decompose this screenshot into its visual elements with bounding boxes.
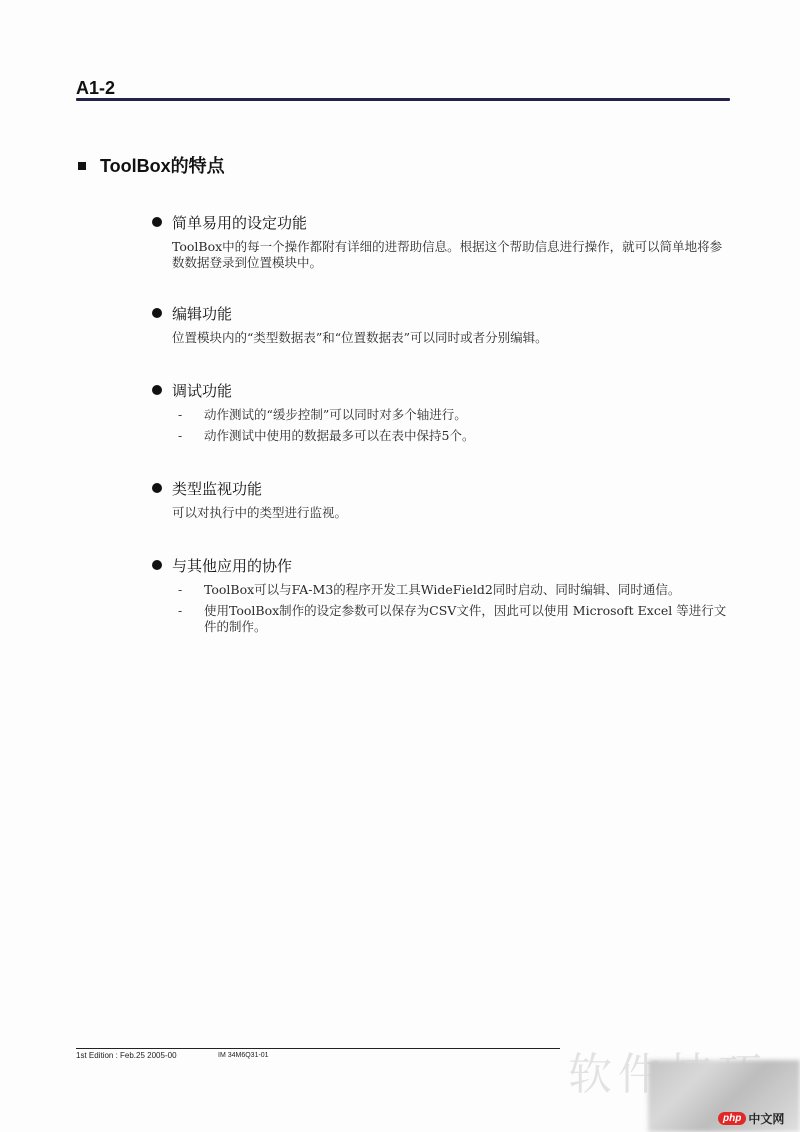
bullet-dot-icon	[152, 483, 162, 493]
feature-type-monitor: 类型监视功能 可以对执行中的类型进行监视。	[152, 477, 732, 521]
feature-description: 可以对执行中的类型进行监视。	[172, 505, 727, 521]
feature-sub-list: - ToolBox可以与FA-M3的程序开发工具WideField2同时启动、同…	[152, 582, 732, 635]
page-footer: 1st Edition : Feb.25 2005-00 IM 34M6Q31-…	[76, 1048, 560, 1060]
bullet-dot-icon	[152, 217, 162, 227]
php-logo-text: 中文网	[748, 1110, 784, 1127]
feature-heading: 调试功能	[152, 379, 732, 401]
feature-heading: 与其他应用的协作	[152, 554, 732, 576]
dash-bullet: -	[152, 603, 204, 635]
feature-title: 类型监视功能	[172, 478, 262, 499]
feature-description: 位置模块内的“类型数据表”和“位置数据表”可以同时或者分别编辑。	[172, 330, 727, 346]
feature-debugging: 调试功能 - 动作测试的“缓步控制”可以同时对多个轴进行。 - 动作测试中使用的…	[152, 379, 732, 449]
feature-editing: 编辑功能 位置模块内的“类型数据表”和“位置数据表”可以同时或者分别编辑。	[152, 302, 732, 346]
feature-title: 与其他应用的协作	[172, 555, 292, 576]
bullet-dot-icon	[152, 560, 162, 570]
list-item-text: 使用ToolBox制作的设定参数可以保存为CSV文件，因此可以使用 Micros…	[204, 603, 732, 635]
edition-label: 1st Edition : Feb.25 2005-00	[76, 1051, 218, 1060]
feature-title: 调试功能	[172, 380, 232, 401]
feature-heading: 简单易用的设定功能	[152, 211, 732, 233]
feature-title: 简单易用的设定功能	[172, 212, 307, 233]
list-item: - 动作测试中使用的数据最多可以在表中保持5个。	[152, 428, 732, 444]
header-rule	[76, 98, 730, 101]
dash-bullet: -	[152, 428, 204, 444]
list-item-text: 动作测试的“缓步控制”可以同时对多个轴进行。	[204, 407, 732, 423]
dash-bullet: -	[152, 582, 204, 598]
feature-app-cooperation: 与其他应用的协作 - ToolBox可以与FA-M3的程序开发工具WideFie…	[152, 554, 732, 640]
footer-rule	[76, 1048, 560, 1049]
php-logo-badge: php	[718, 1112, 746, 1125]
page-header: A1-2	[76, 78, 730, 98]
section-heading: ToolBox的特点	[78, 152, 225, 178]
list-item: - ToolBox可以与FA-M3的程序开发工具WideField2同时启动、同…	[152, 582, 732, 598]
feature-title: 编辑功能	[172, 303, 232, 324]
footer-info: 1st Edition : Feb.25 2005-00 IM 34M6Q31-…	[76, 1051, 560, 1060]
page-number: A1-2	[76, 78, 730, 98]
bullet-dot-icon	[152, 385, 162, 395]
list-item: - 动作测试的“缓步控制”可以同时对多个轴进行。	[152, 407, 732, 423]
feature-description: ToolBox中的每一个操作都附有详细的进帮助信息。根据这个帮助信息进行操作，就…	[172, 239, 727, 271]
dash-bullet: -	[152, 407, 204, 423]
php-cn-logo: php 中文网	[718, 1110, 784, 1127]
document-id: IM 34M6Q31-01	[218, 1051, 269, 1060]
list-item: - 使用ToolBox制作的设定参数可以保存为CSV文件，因此可以使用 Micr…	[152, 603, 732, 635]
bullet-dot-icon	[152, 308, 162, 318]
feature-heading: 类型监视功能	[152, 477, 732, 499]
list-item-text: 动作测试中使用的数据最多可以在表中保持5个。	[204, 428, 732, 444]
feature-easy-setup: 简单易用的设定功能 ToolBox中的每一个操作都附有详细的进帮助信息。根据这个…	[152, 211, 732, 271]
square-bullet-icon	[78, 162, 86, 170]
feature-heading: 编辑功能	[152, 302, 732, 324]
feature-sub-list: - 动作测试的“缓步控制”可以同时对多个轴进行。 - 动作测试中使用的数据最多可…	[152, 407, 732, 444]
section-title: ToolBox的特点	[100, 152, 225, 178]
list-item-text: ToolBox可以与FA-M3的程序开发工具WideField2同时启动、同时编…	[204, 582, 732, 598]
